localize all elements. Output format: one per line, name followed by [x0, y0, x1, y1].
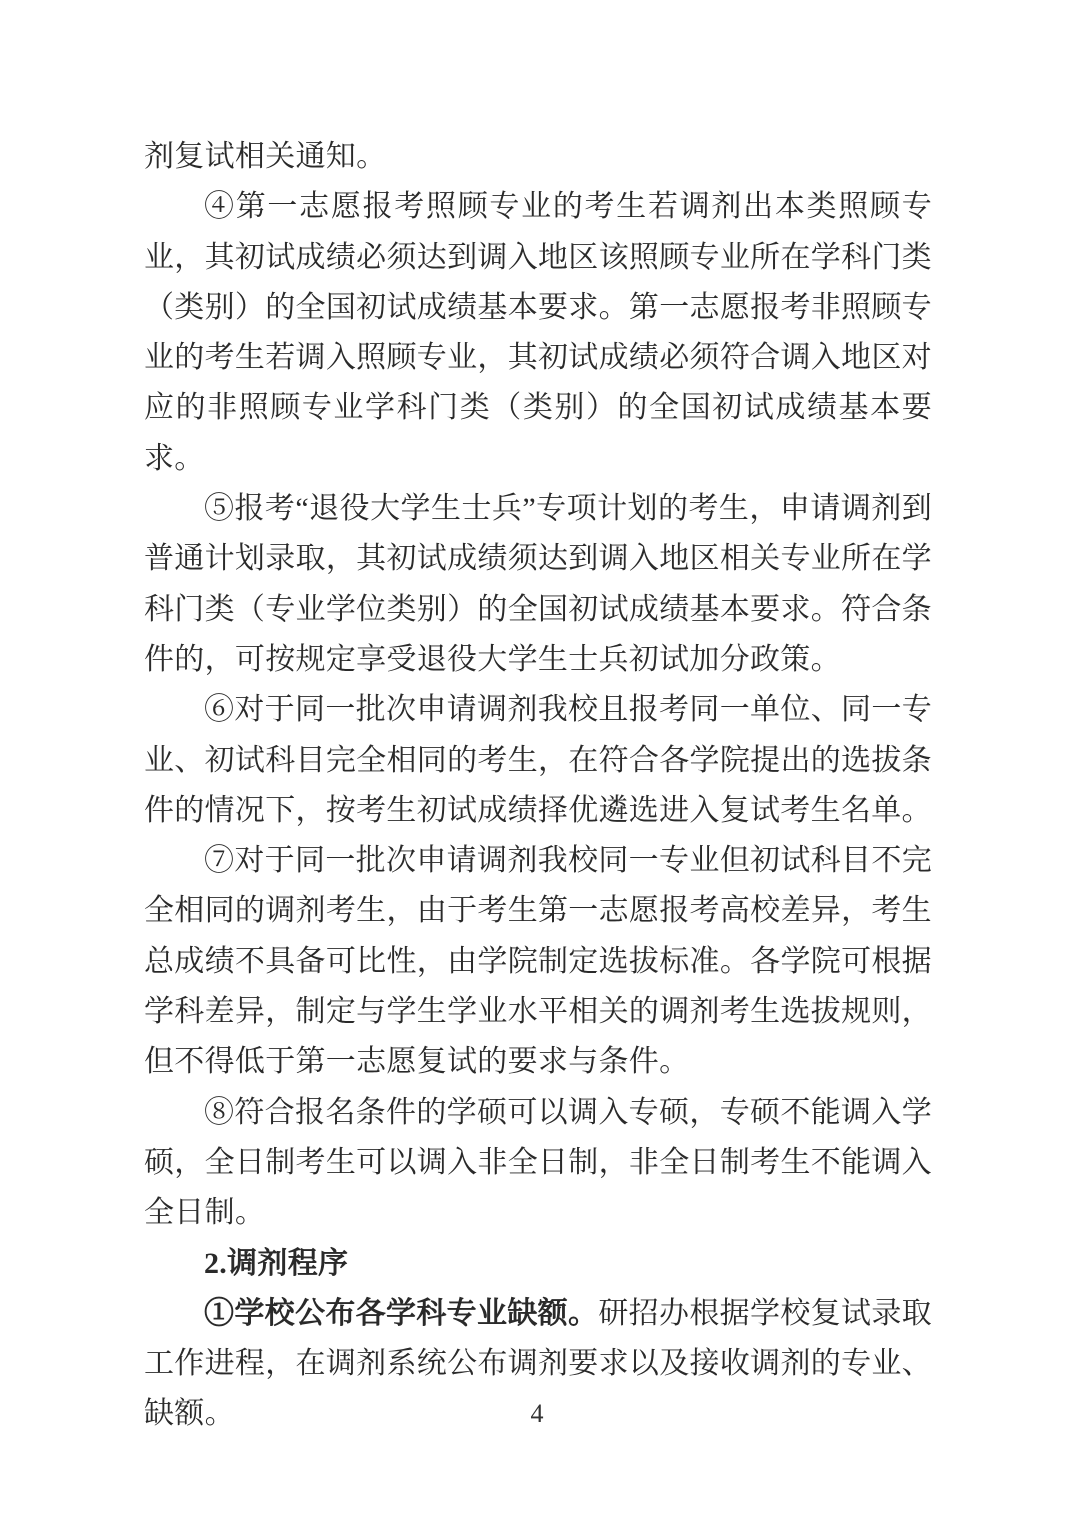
procedure-step-lead: ①学校公布各学科专业缺额。	[204, 1297, 598, 1330]
body-text: 剂复试相关通知。 ④第一志愿报考照顾专业的考生若调剂出本类照顾专业，其初试成绩必…	[144, 132, 932, 1440]
paragraph-item-4: ④第一志愿报考照顾专业的考生若调剂出本类照顾专业，其初试成绩必须达到调入地区该照…	[144, 182, 932, 484]
document-page: 剂复试相关通知。 ④第一志愿报考照顾专业的考生若调剂出本类照顾专业，其初试成绩必…	[0, 0, 1074, 1520]
paragraph-item-8: ⑧符合报名条件的学硕可以调入专硕，专硕不能调入学硕，全日制考生可以调入非全日制，…	[144, 1088, 932, 1239]
page-number: 4	[0, 1398, 1074, 1430]
section-heading: 2.调剂程序	[144, 1239, 932, 1289]
paragraph-item-7: ⑦对于同一批次申请调剂我校同一专业但初试科目不完全相同的调剂考生，由于考生第一志…	[144, 836, 932, 1087]
paragraph-continuation: 剂复试相关通知。	[144, 132, 932, 182]
paragraph-item-6: ⑥对于同一批次申请调剂我校且报考同一单位、同一专业、初试科目完全相同的考生，在符…	[144, 685, 932, 836]
paragraph-item-5: ⑤报考“退役大学生士兵”专项计划的考生，申请调剂到普通计划录取，其初试成绩须达到…	[144, 484, 932, 685]
